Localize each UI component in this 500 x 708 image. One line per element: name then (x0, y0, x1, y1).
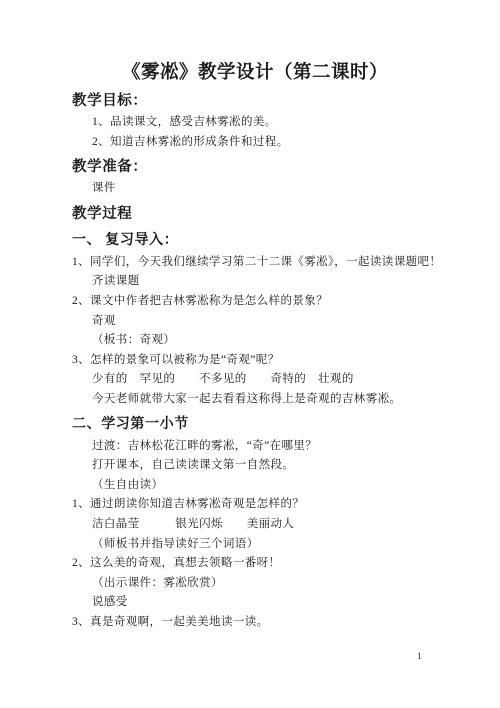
doc-line: （师板书并指导读好三个词语） (72, 535, 438, 555)
doc-line: 2、知道吉林雾凇的形成条件和过程。 (72, 133, 438, 153)
doc-line: 课件 (72, 179, 438, 199)
doc-line: 一、 复习导入： (72, 229, 438, 253)
doc-line: 3、怎样的景象可以被称为是“奇观”呢？ (72, 351, 438, 371)
doc-line: （出示课件：雾凇欣赏） (72, 574, 438, 594)
doc-line: 打开课本，自己读读课文第一自然段。 (72, 456, 438, 476)
doc-line: 过渡：吉林松花江畔的雾凇，“奇”在哪里？ (72, 437, 438, 457)
doc-line: 齐读课题 (72, 272, 438, 292)
doc-line: （生自由读） (72, 476, 438, 496)
doc-line: 说感受 (72, 593, 438, 613)
document-title: 《雾凇》教学设计（第二课时） (72, 60, 438, 86)
doc-line: 少有的 罕见的 不多见的 奇特的 壮观的 (72, 370, 438, 390)
doc-line: 教学过程 (72, 202, 438, 226)
doc-line: 3、真是奇观啊，一起美美地读一读。 (72, 613, 438, 633)
doc-line: 洁白晶莹 银光闪烁 美丽动人 (72, 515, 438, 535)
doc-line: （板书：奇观） (72, 331, 438, 351)
doc-line: 1、同学们，今天我们继续学习第二十二课《雾凇》，一起读读课题吧！ (72, 253, 438, 273)
doc-line: 教学准备： (72, 155, 438, 179)
document-page: 《雾凇》教学设计（第二课时） 教学目标：1、品读课文，感受吉林雾凇的美。2、知道… (0, 0, 500, 708)
doc-line: 2、课文中作者把吉林雾凇称为是怎么样的景象？ (72, 292, 438, 312)
doc-line: 1、通过朗读你知道吉林雾凇奇观是怎样的？ (72, 495, 438, 515)
page-number: 1 (417, 652, 422, 662)
doc-line: 奇观 (72, 312, 438, 332)
document-body: 教学目标：1、品读课文，感受吉林雾凇的美。2、知道吉林雾凇的形成条件和过程。教学… (72, 89, 438, 632)
doc-line: 2、这么美的奇观，真想去领略一番呀！ (72, 554, 438, 574)
doc-line: 教学目标： (72, 89, 438, 113)
doc-line: 二、学习第一小节 (72, 413, 438, 437)
doc-line: 今天老师就带大家一起去看看这称得上是奇观的吉林雾凇。 (72, 390, 438, 410)
doc-line: 1、品读课文，感受吉林雾凇的美。 (72, 113, 438, 133)
